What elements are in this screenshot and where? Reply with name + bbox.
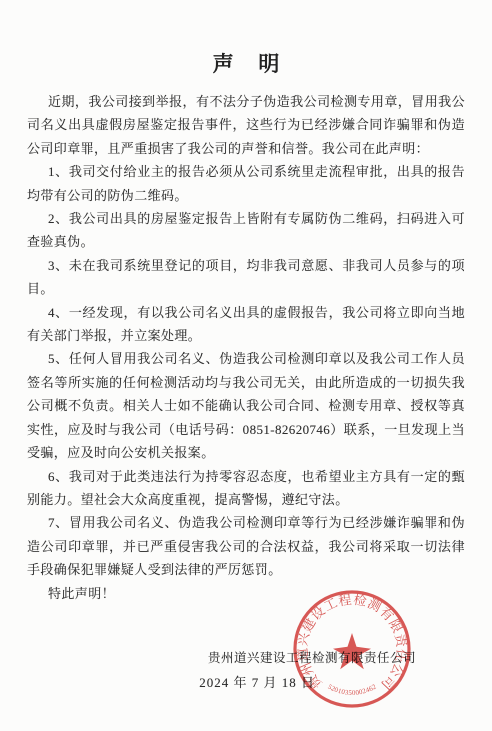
signature-date: 2024 年 7 月 18 日: [27, 675, 465, 691]
signature-company-name: 贵州道兴建设工程检测有限责任公司: [27, 650, 465, 666]
paragraph-item-3: 3、未在我司系统里登记的项目，均非我司意愿、非我司人员参与的项目。: [27, 254, 465, 301]
paragraph-item-6: 6、我司对于此类违法行为持零容忍态度，也希望业主方具有一定的甄别能力。望社会大众…: [27, 465, 465, 512]
paragraph-item-5: 5、任何人冒用我公司名义、伪造我公司检测印章以及我公司工作人员签名等所实施的任何…: [27, 347, 465, 464]
paragraph-closing: 特此声明！: [27, 582, 465, 605]
document-body: 近期，我公司接到举报，有不法分子伪造我公司检测专用章，冒用我公司名义出具虚假房屋…: [0, 76, 492, 691]
document-title: 声 明: [0, 0, 492, 76]
paragraph-item-2: 2、我公司出具的房屋鉴定报告上皆附有专属防伪二维码，扫码进入可查验真伪。: [27, 207, 465, 254]
paragraph-item-4: 4、一经发现，有以我公司名义出具的虚假报告，我公司将立即向当地有关部门举报，并立…: [27, 301, 465, 348]
paragraph-item-7: 7、冒用我公司名义、伪造我公司检测印章等行为已经涉嫌诈骗罪和伪造公司印章罪，并已…: [27, 511, 465, 581]
paragraph-item-1: 1、我司交付给业主的报告必须从公司系统里走流程审批，出具的报告均带有公司的防伪二…: [27, 160, 465, 207]
signature-block: 贵州道兴建设工程检测有限责任公司 2024 年 7 月 18 日: [27, 650, 465, 691]
paragraph-intro: 近期，我公司接到举报，有不法分子伪造我公司检测专用章，冒用我公司名义出具虚假房屋…: [27, 90, 465, 160]
scanned-statement-page: 声 明 近期，我公司接到举报，有不法分子伪造我公司检测专用章，冒用我公司名义出具…: [0, 0, 492, 731]
